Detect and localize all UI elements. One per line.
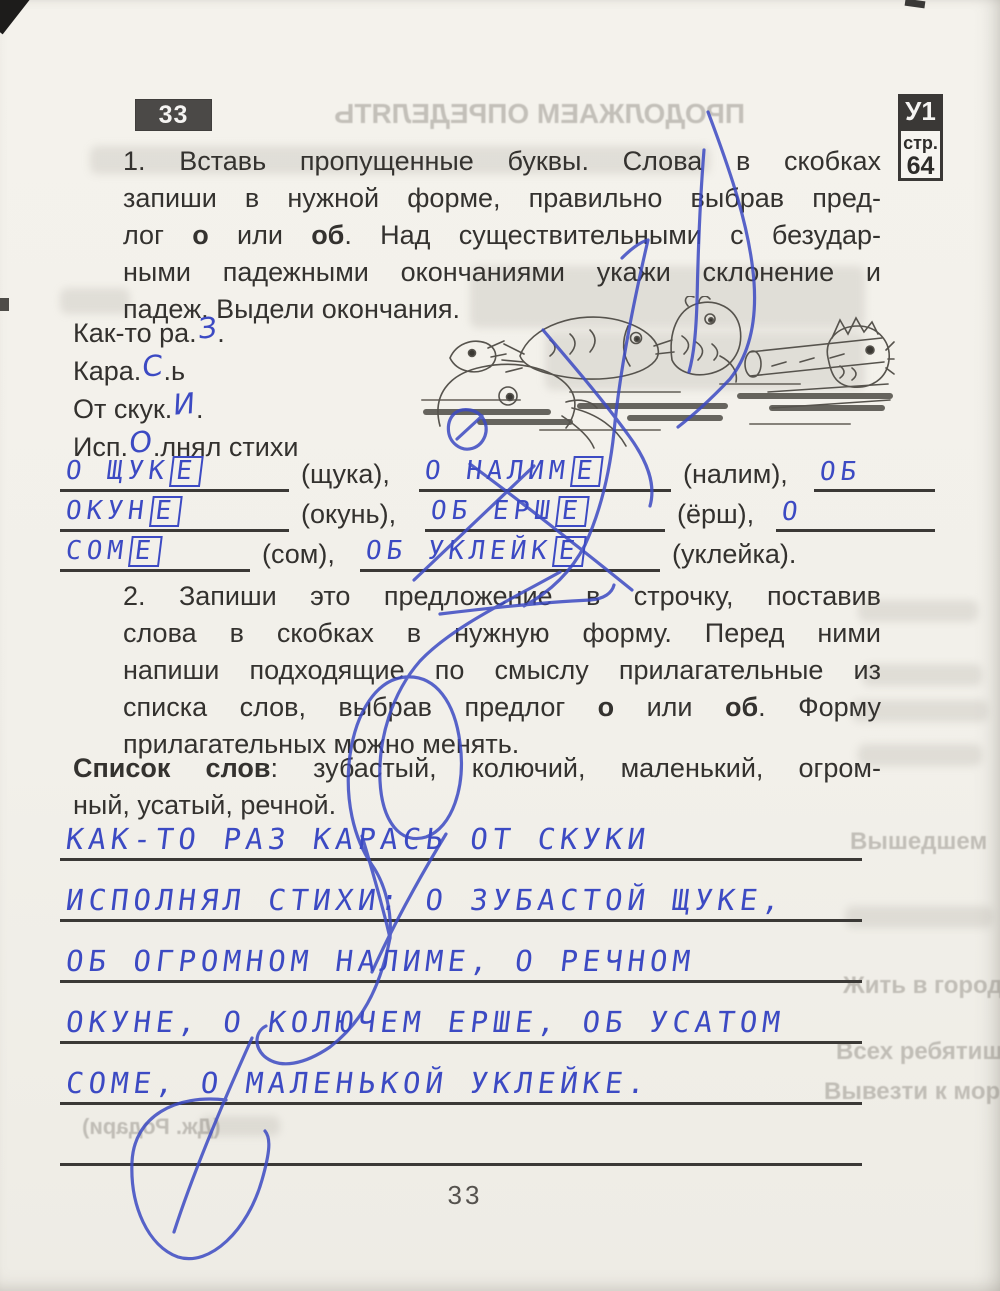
ending-box: Е: [570, 456, 604, 487]
handwritten-letter: О: [129, 431, 153, 453]
ruled-answer-line: ОКУНЕ, О КОЛЮЧЕМ ЕРШЕ, ОБ УСАТОМ: [60, 983, 862, 1044]
printed-hint-word: (ёрш),: [665, 499, 776, 532]
handwritten-answer-text: ИСПОЛНЯЛ СТИХИ: О ЗУБАСТОЙ ЩУКЕ,: [64, 883, 787, 917]
gap-fill-line: Как-то ра.З.: [73, 314, 298, 352]
page-ref-number: 64: [901, 153, 940, 179]
printed-text-line: слова в скобках в нужную форму. Перед ни…: [123, 615, 881, 652]
handwritten-letter: З: [197, 317, 217, 339]
fill-in-rows: О ЩУКЕ(щука),О НАЛИМЕ(налим),ОБОКУНЕ(оку…: [60, 452, 935, 572]
fish-illustration: [420, 296, 895, 450]
gap-fill-line: Кара.С.ь: [73, 352, 298, 390]
page-ref-label: стр.: [901, 133, 940, 153]
answer-blank: ОБ: [814, 451, 935, 492]
answer-blank: ОБ УКЛЕЙКЕ: [360, 531, 660, 572]
task2-text: 2. Запиши это предложение в строчку, пос…: [123, 578, 881, 763]
printed-hint-word: (налим),: [671, 459, 814, 492]
page-reference-badge: стр. 64: [898, 128, 943, 181]
fill-in-row: СОМЕ(сом),ОБ УКЛЕЙКЕ(уклейка).: [60, 532, 935, 572]
printed-text-line: Список слов: зубастый, колючий, маленьки…: [73, 750, 881, 787]
handwritten-word: О: [780, 497, 804, 527]
ending-box: Е: [149, 496, 183, 527]
handwritten-word: ОБ УКЛЕЙКЕ: [364, 536, 586, 567]
printed-text-line: напиши подходящие по смыслу прилагательн…: [123, 652, 881, 689]
handwritten-word: ОКУНЕ: [64, 496, 183, 527]
answer-blank: О ЩУКЕ: [60, 451, 289, 492]
handwritten-letter: И: [173, 393, 196, 415]
printed-text-line: списка слов, выбрав предлог о или об. Фо…: [123, 689, 881, 726]
ending-box: Е: [169, 456, 203, 487]
ruled-answer-line: ОБ ОГРОМНОМ НАЛИМЕ, О РЕЧНОМ: [60, 922, 862, 983]
handwritten-answer-text: СОМЕ, О МАЛЕНЬКОЙ УКЛЕЙКЕ.: [64, 1066, 652, 1100]
printed-text-line: 2. Запиши это предложение в строчку, пос…: [123, 578, 881, 615]
printed-text-line: запиши в нужной форме, правильно выбрав …: [123, 180, 881, 217]
handwritten-answer-text: КАК-ТО РАЗ КАРАСЬ ОТ СКУКИ: [64, 822, 652, 856]
answer-blank: ОБ ЕРШЕ: [425, 491, 665, 532]
ending-box: Е: [128, 536, 162, 567]
page-number: 33: [420, 1180, 510, 1211]
printed-text-line: лог о или об. Над существительными с без…: [123, 217, 881, 254]
printed-text-line: ными падежными окончаниями укажи склонен…: [123, 254, 881, 291]
handwritten-word: О НАЛИМЕ: [423, 456, 604, 487]
bleedthrough-text: Вышедшем: [850, 828, 987, 856]
answer-blank: СОМЕ: [60, 531, 250, 572]
printed-hint-word: (окунь),: [289, 499, 425, 532]
handwritten-answer-text: ОБ ОГРОМНОМ НАЛИМЕ, О РЕЧНОМ: [64, 944, 697, 978]
ruled-answer-line: ИСПОЛНЯЛ СТИХИ: О ЗУБАСТОЙ ЩУКЕ,: [60, 861, 862, 922]
gap-fill-lines: Как-то ра.З.Кара.С.ьОт скук.И.Исп.О.лнял…: [73, 314, 298, 466]
fill-in-row: О ЩУКЕ(щука),О НАЛИМЕ(налим),ОБ: [60, 452, 935, 492]
handwritten-word: СОМЕ: [64, 536, 162, 567]
ending-box: Е: [552, 536, 586, 567]
handwritten-word: ОБ: [818, 457, 863, 487]
bleedthrough-text: Жить в город: [843, 972, 1000, 1000]
printed-hint-word: (уклейка).: [660, 539, 796, 572]
answer-blank: О НАЛИМЕ: [419, 451, 671, 492]
ruled-answer-line: КАК-ТО РАЗ КАРАСЬ ОТ СКУКИ: [60, 800, 862, 861]
handwritten-word: О ЩУКЕ: [64, 456, 204, 487]
fill-in-row: ОКУНЕ(окунь),ОБ ЕРШЕ(ёрш),О: [60, 492, 935, 532]
printed-hint-word: (сом),: [250, 539, 360, 572]
gap-fill-line: От скук.И.: [73, 390, 298, 428]
answer-blank: ОКУНЕ: [60, 491, 289, 532]
unit-badge: У1: [898, 94, 943, 128]
printed-text-line: 1. Вставь пропущенные буквы. Слова в ско…: [123, 143, 881, 180]
exercise-number-badge: 33: [135, 99, 212, 131]
ruled-answer-line: [60, 1105, 862, 1166]
answer-blank: О: [776, 491, 935, 532]
ending-box: Е: [555, 496, 589, 527]
ruled-answer-line: СОМЕ, О МАЛЕНЬКОЙ УКЛЕЙКЕ.: [60, 1044, 862, 1105]
answer-lines: КАК-ТО РАЗ КАРАСЬ ОТ СКУКИИСПОЛНЯЛ СТИХИ…: [60, 800, 862, 1166]
handwritten-letter: С: [142, 355, 163, 377]
workbook-page-scan: ПРОДОЛЖАЕМ ОПРЕДЕЛЯТЬ ВышедшемЖить в гор…: [0, 0, 1000, 1291]
handwritten-word: ОБ ЕРШЕ: [429, 496, 589, 527]
printed-hint-word: (щука),: [289, 459, 419, 492]
handwritten-answer-text: ОКУНЕ, О КОЛЮЧЕМ ЕРШЕ, ОБ УСАТОМ: [64, 1005, 787, 1039]
